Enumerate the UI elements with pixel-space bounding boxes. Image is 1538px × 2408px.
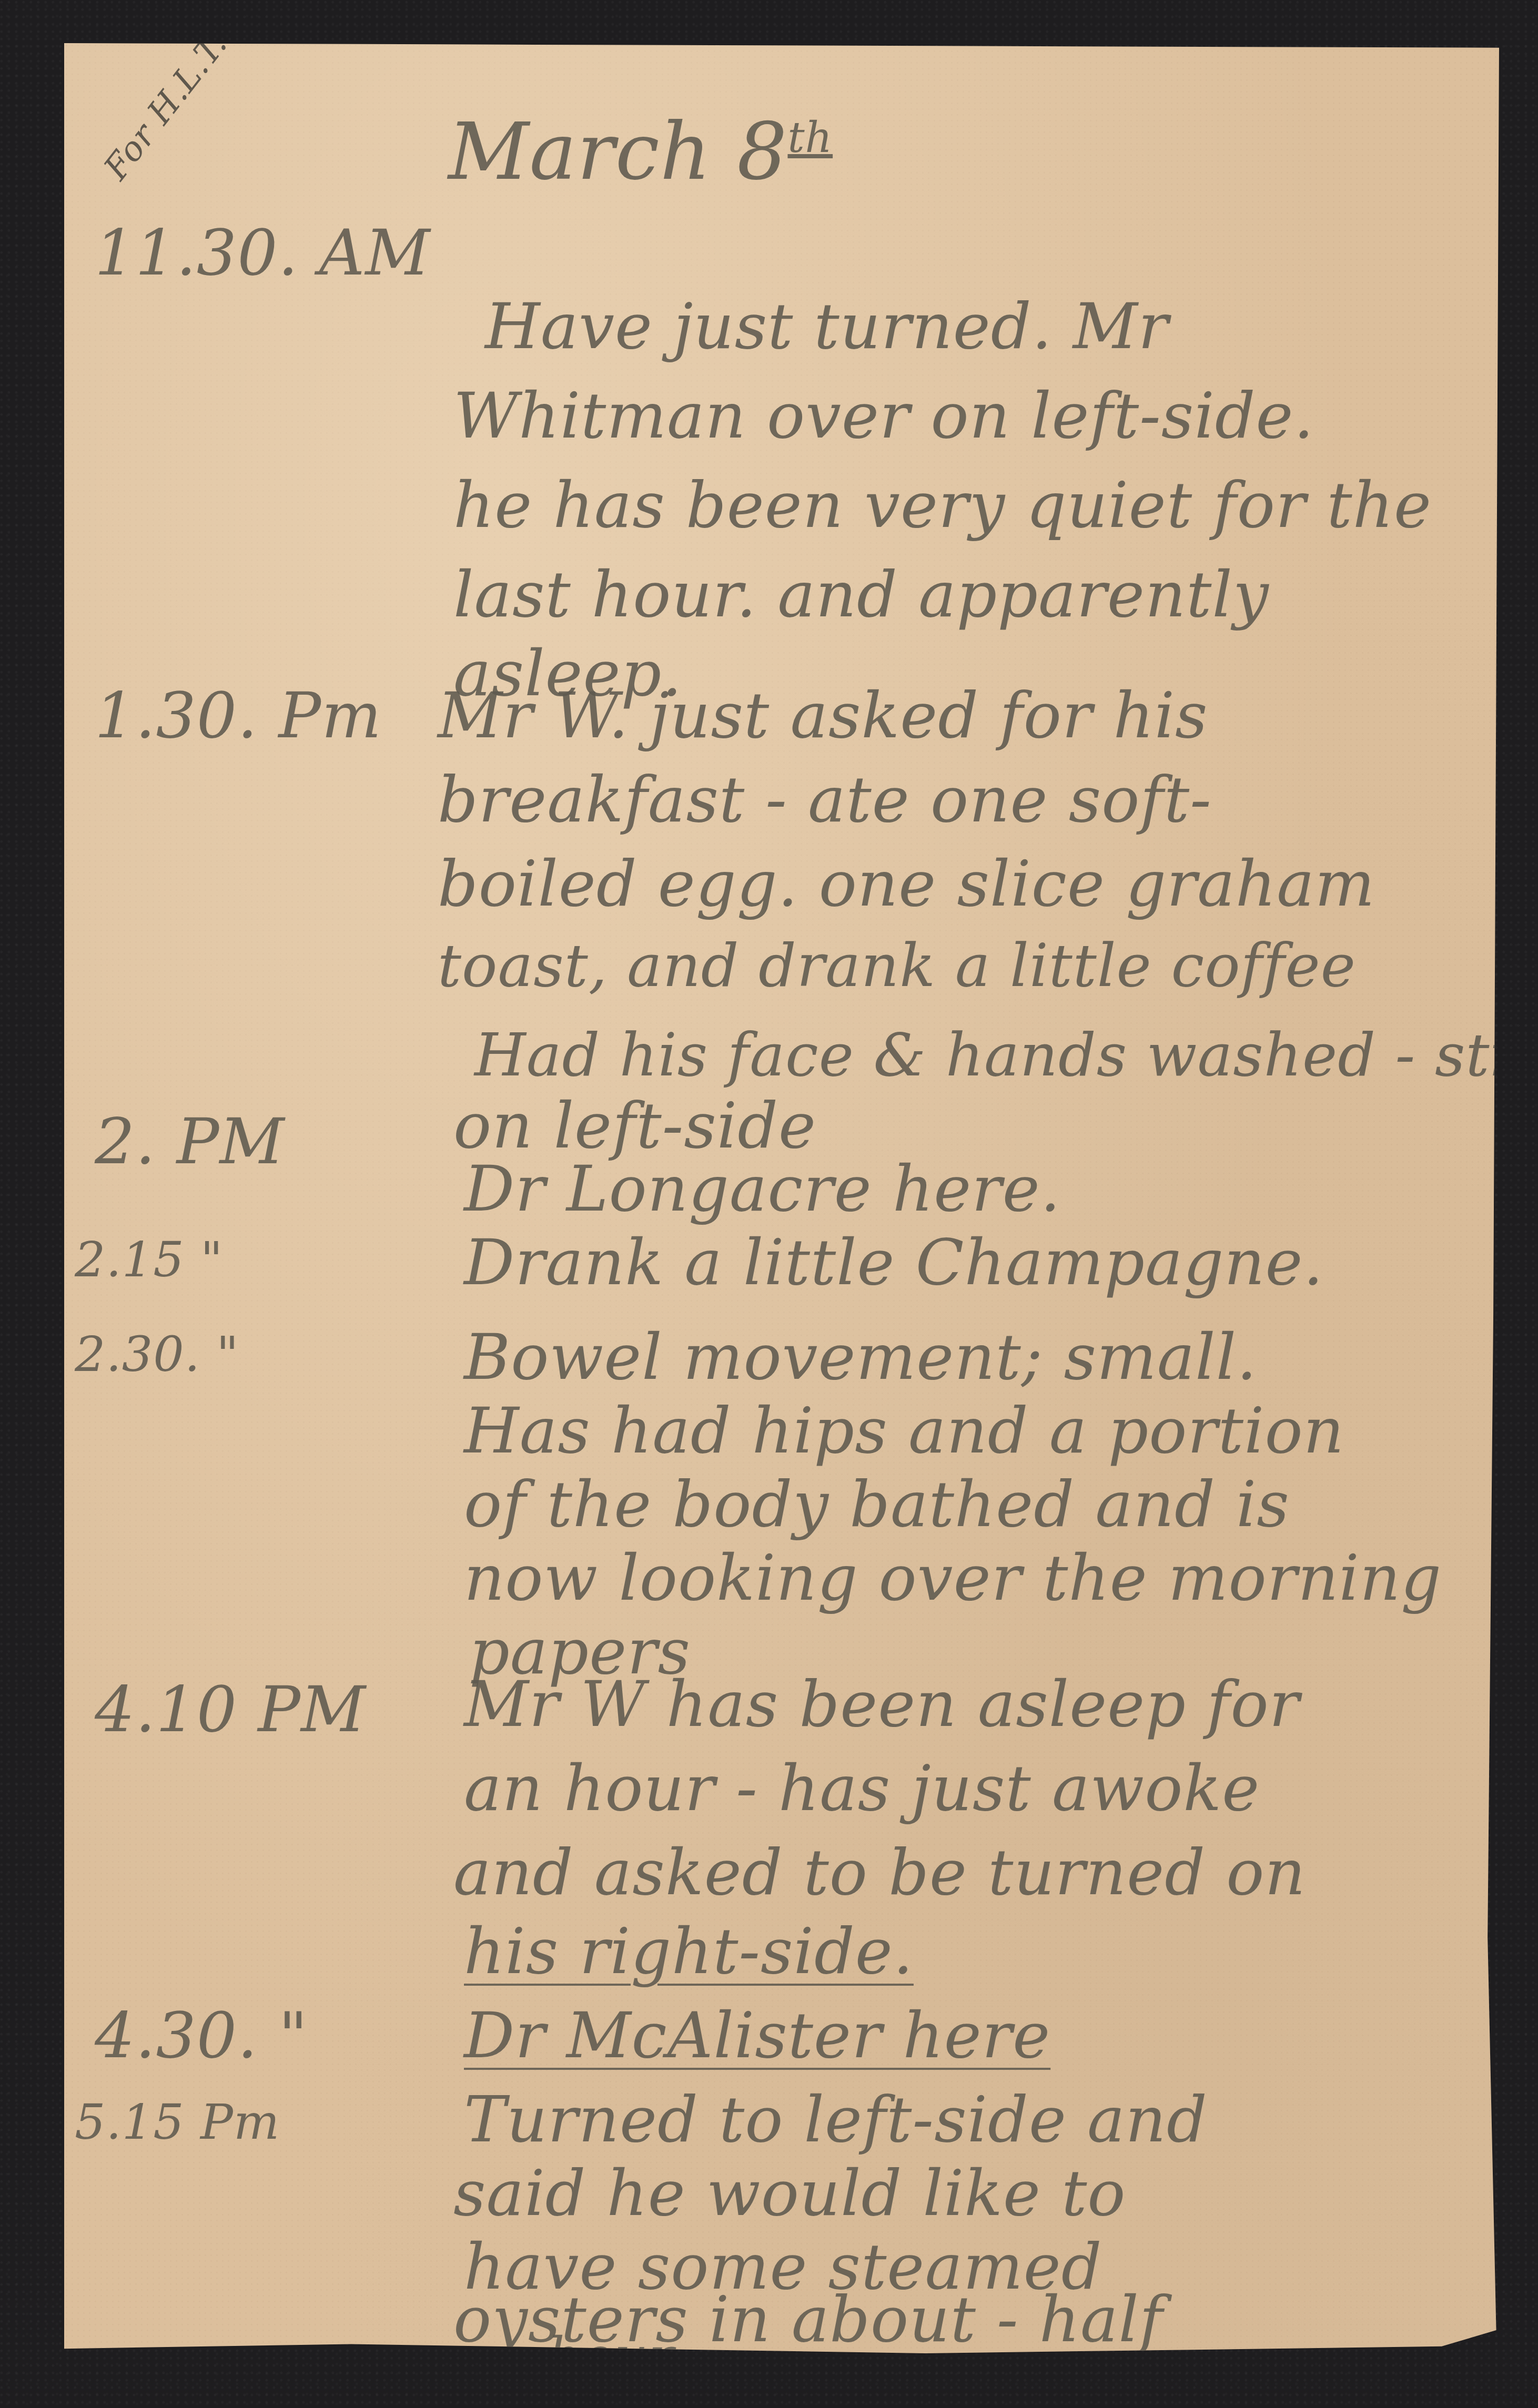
entry-line: Whitman over on left-side. — [453, 380, 1314, 453]
entry-line: an hour - has just awoke — [464, 1752, 1260, 1825]
entry-line: Drank a little Champagne. — [464, 1226, 1324, 1299]
entry-time: 2.15 " — [75, 1232, 223, 1288]
entry-line: on left-side — [453, 1090, 816, 1163]
entry-line: last hour. and apparently — [453, 558, 1269, 632]
entry-line: Bowel movement; small. — [464, 1321, 1257, 1394]
entry-time: 11.30. AM — [95, 217, 430, 290]
entry-line: said he would like to — [453, 2157, 1126, 2230]
entry-time: 2.30. " — [75, 1326, 239, 1383]
entry-line: an hour — [464, 2325, 674, 2387]
entry-time: 2. PM — [95, 1105, 285, 1178]
manuscript-page: For H.L.T. March 8th 11.30. AM Have just… — [64, 43, 1499, 2353]
entry-line: Has had hips and a portion — [464, 1395, 1344, 1468]
entry-time: 4.10 PM — [95, 1673, 366, 1746]
entry-line: Dr Longacre here. — [464, 1153, 1061, 1226]
corner-annotation: For H.L.T. — [97, 25, 235, 187]
entry-line: Have just turned. Mr — [485, 290, 1169, 363]
date-text: March 8 — [448, 106, 787, 198]
entry-line: Mr W. just asked for his — [438, 679, 1208, 753]
entry-line: Turned to left-side and — [464, 2084, 1208, 2157]
entry-line: his right-side. — [464, 1915, 914, 1988]
entry-line: of the body bathed and is — [464, 1468, 1290, 1541]
entry-line: Dr McAlister here — [464, 1999, 1050, 2072]
date-suffix: th — [787, 113, 833, 162]
entry-line: now looking over the morning — [464, 1542, 1442, 1615]
entry-line: and asked to be turned on — [453, 1836, 1306, 1909]
entry-line: he has been very quiet for the — [453, 469, 1432, 542]
entry-line: Had his face & hands washed - still — [474, 1021, 1538, 1090]
entry-time: 5.15 Pm — [75, 2094, 280, 2150]
entry-line: boiled egg. one slice graham — [438, 848, 1375, 921]
page-date: March 8th — [448, 106, 833, 198]
entry-time: 1.30. Pm — [95, 679, 382, 753]
entry-line: Mr W has been asleep for — [464, 1668, 1300, 1741]
entry-time: 4.30. " — [95, 1999, 308, 2072]
entry-line: breakfast - ate one soft- — [438, 764, 1212, 837]
entry-line: toast, and drank a little coffee — [438, 932, 1356, 1000]
